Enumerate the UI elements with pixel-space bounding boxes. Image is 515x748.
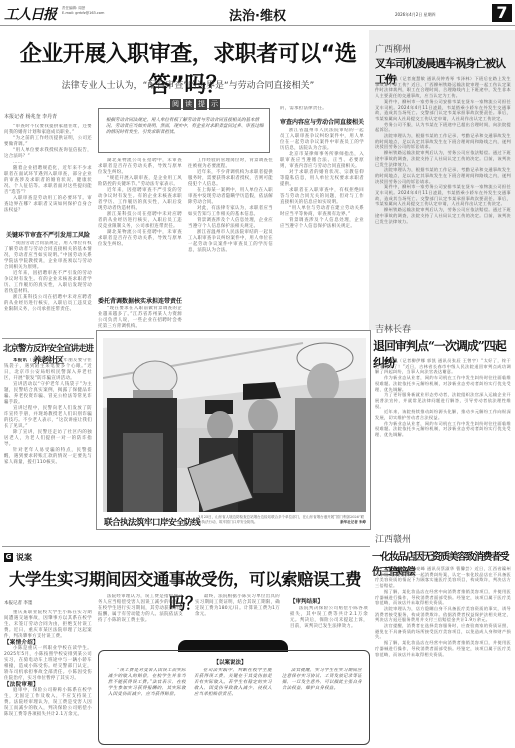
case-column-3: 最终，法院根据小陈实习单位出具的实习期间工资证明，结合其误工期限，确定误工费为1…	[195, 594, 280, 640]
case-analysis-title: 【以案说法】	[200, 658, 260, 666]
case-column-4: 法院判决保险公司赔偿小陈各项损失，其中误工费等共计2.1万余元。判决后，保险公司…	[290, 606, 368, 642]
sidebar-story1-body: 本报讯（记者庞慧敏 通讯员钟秀琴 韦泽林）下班后在路上发生事故算不算工伤？近日，…	[375, 76, 511, 326]
reading-tips-text: 根据劳动合同法规定，用人单位有权了解劳动者与劳动合同直接相关的基本情况，劳动者应…	[106, 118, 266, 137]
sidebar-story1-region: 广西柳州	[375, 42, 411, 55]
main-article-column-3: 工作经验的管理岗位时，背景调查往往被视为必要流程。 近年来，不少背调机构为求职者…	[188, 158, 273, 328]
main-byline: 本报记者 杨兆奎 李丹青	[4, 113, 57, 120]
sidebar-story3-region: 江西赣州	[375, 532, 411, 545]
reading-tips-tab: 阅	[170, 99, 181, 110]
reading-tips-tab: 读	[183, 99, 194, 110]
reading-tips-tabs: 阅 读 提 示	[170, 99, 220, 110]
page-number: 7	[492, 4, 512, 22]
case-column-label: G 说案	[4, 552, 32, 563]
section-heading-3: 审查内容应与劳动合同直接相关	[280, 117, 364, 126]
brief-body: 本报讯（记者陈曦）“老年朋友要守住钱袋子，遇到陌生来电要多个心眼。”近日，北京市…	[4, 358, 92, 538]
main-article-column-4: 浙江省温州市人民法院审结的一起员工入职审查争议纠纷案件中，用人单位在一起劳动争议…	[280, 128, 364, 328]
reading-tips-tab: 提	[196, 99, 207, 110]
sidebar-story3-body: 本报讯（记者吴亮峰 通讯员蔡淑华 曹馨芸）近日，江西省赣州市中级人民法院审结一起…	[375, 566, 511, 746]
case-analysis-col-2: 在司法实践中，判断在校学生能否获得误工费，关键在于其受伤前是否有实际收入。若学生…	[194, 668, 272, 742]
issue-date: 2026年4月2日 星期四	[395, 12, 436, 18]
news-photo-joint-enforcement	[103, 338, 366, 512]
sidebar-story2-body: 本报讯（记者柳伊娜 郭凯 通讯员张辰 王曾宇）“太好了，终于把事解决了！”近日，…	[375, 358, 511, 498]
photo-caption-title: 联合执法筑牢口岸安全防线	[104, 516, 200, 528]
section-heading-1: 关键环节审查不严引发用工风险	[4, 230, 92, 239]
main-article-column-2: 湖北某物流公司在招聘中，未审查求职者是否存在劳动关系，导致与原单位发生纠纷。 “…	[98, 158, 182, 308]
reading-tips-tab: 示	[209, 99, 220, 110]
sidebar-story2-region: 吉林长春	[375, 322, 411, 335]
photo-caption-text: 3月25日，山东省人境边防检查总站烟台边检站联合多个单位部门，在山东省烟台港开展…	[198, 515, 366, 525]
main-article-column-1-continued: “我国劳动合同法规定，用人单位有权了解劳动者与劳动合同直接相关的基本情况，劳动者…	[4, 241, 92, 311]
result-heading: 【审判结果】	[290, 597, 323, 605]
main-subhead: 法律专业人士认为，“配合审查”的边界是“与劳动合同直接相关”	[8, 78, 368, 91]
case-column-2: 法院经审理认为，误工费是指赔偿义务人应当赔偿受害人因误工减少的收入。在校学生进行…	[98, 594, 183, 640]
section-title: 法治·维权	[0, 5, 515, 24]
photo-illustration	[103, 338, 366, 512]
case-analysis-col-3: 法官提醒，实习学生在实习期间应注意保存实习协议、工资发放记录等证据，一旦发生意外…	[282, 668, 362, 742]
divider	[2, 546, 370, 547]
section-heading-2: 委托背调数据核实承担连带责任	[98, 296, 182, 305]
main-article-column-4-top: 的，需承担法律责任。	[280, 106, 364, 114]
case-analysis-col-1: “误工费是对受害人因误工而实际减少的收入的赔偿，在校学生并非当然不能获得误工费。…	[108, 668, 186, 742]
case-byline: 本报记者 李墨	[4, 600, 32, 606]
divider	[2, 338, 94, 339]
column-badge-icon: G	[4, 553, 13, 562]
case-column-1: 重庆某职业院校大学生小陈在实习期间遭遇交通事故，因肇事方以其系在校学生、未签订劳…	[4, 610, 92, 746]
main-article-column-1: “审查时不仅要我提供家庭住址，还要问我的婚育计划和家庭成员职业。” “为之前的工…	[4, 124, 92, 242]
main-article-column-2-continued: “现在要求在入职前做背景调查的企业越来越多了。”江苏省苏州某人力资源公司负责人说…	[98, 306, 182, 328]
